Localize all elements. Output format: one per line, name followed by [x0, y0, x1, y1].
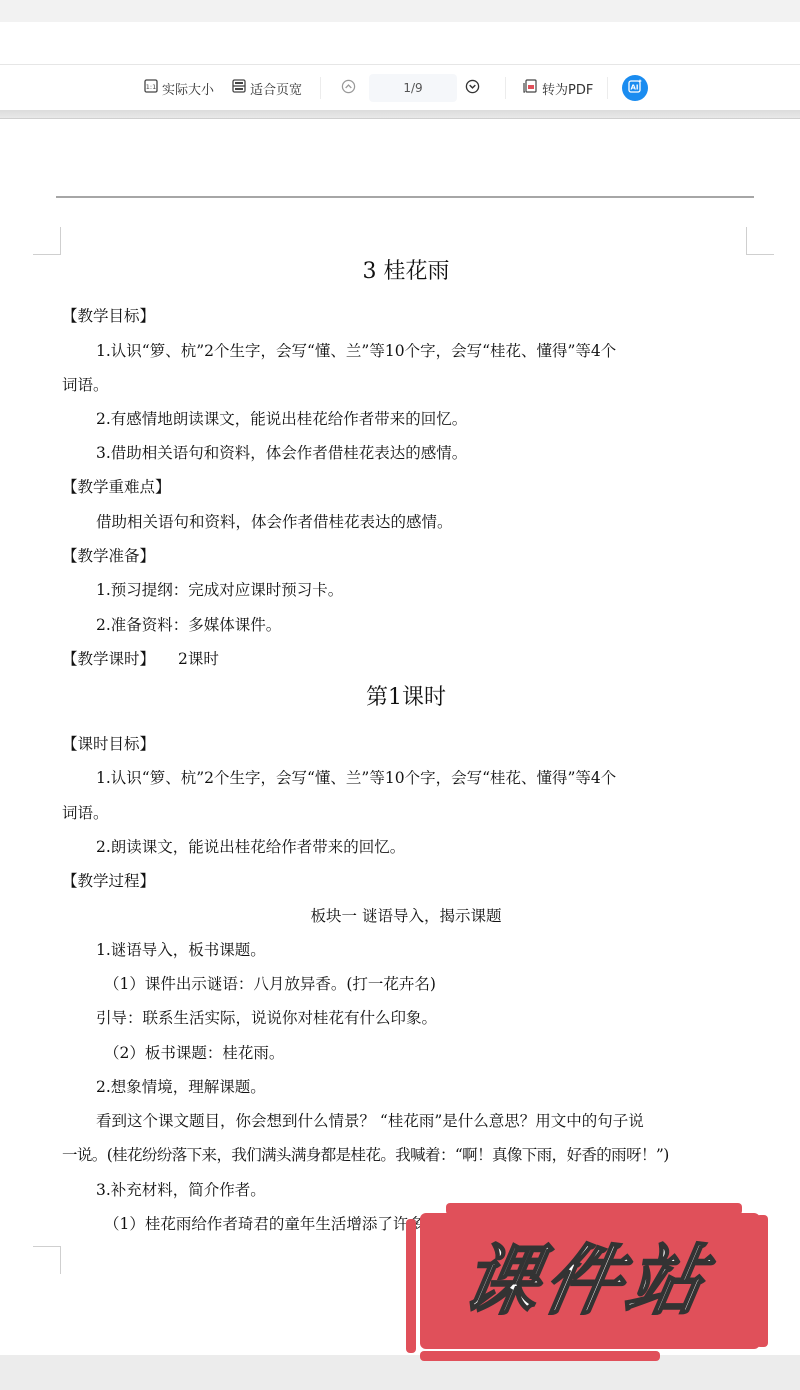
paragraph: 3.补充材料，简介作者。: [96, 1180, 266, 1200]
fit-width-icon: [232, 79, 246, 97]
paragraph: （1）课件出示谜语：八月放异香。(打一花卉名): [104, 974, 436, 994]
stamp-edge: [756, 1215, 768, 1347]
svg-text:AI: AI: [630, 84, 638, 92]
section-heading: 【教学目标】: [62, 306, 155, 326]
paragraph: 看到这个课文题目，你会想到什么情景？ “桂花雨”是什么意思？用文中的句子说: [96, 1111, 644, 1131]
section-heading: 【教学课时】: [62, 650, 155, 668]
convert-to-pdf-label: 转为PDF: [542, 79, 593, 98]
toolbar-shadow-separator: [0, 110, 800, 119]
paragraph: 词语。: [62, 375, 109, 395]
toolbar-divider: [607, 77, 608, 99]
paragraph: 引导：联系生活实际，说说你对桂花有什么印象。: [96, 1008, 437, 1028]
actual-size-label: 实际大小: [162, 79, 214, 98]
paragraph: 2.有感情地朗读课文，能说出桂花给作者带来的回忆。: [96, 409, 467, 429]
document-page: 3 桂花雨 【教学目标】 1.认识“箩、杭”2个生字，会写“懂、兰”等10个字，…: [0, 119, 800, 1355]
paragraph: 1.预习提纲：完成对应课时预习卡。: [96, 580, 343, 600]
paragraph: 2.想象情境，理解课题。: [96, 1077, 266, 1097]
paragraph: 1.认识“箩、杭”2个生字，会写“懂、兰”等10个字，会写“桂花、懂得”等4个: [96, 768, 616, 788]
ai-assistant-button[interactable]: AI: [622, 75, 648, 101]
paragraph: 1.谜语导入，板书课题。: [96, 940, 266, 960]
watermark-text: 课件站: [427, 1231, 745, 1331]
previous-page-button[interactable]: [341, 65, 356, 111]
chevron-up-circle-icon: [341, 79, 356, 98]
paragraph: 2.准备资料：多媒体课件。: [96, 615, 281, 635]
paragraph: 2.朗读课文，能说出桂花给作者带来的回忆。: [96, 837, 405, 857]
document-title: 3 桂花雨: [62, 257, 750, 287]
paragraph: （2）板书课题：桂花雨。: [104, 1043, 284, 1063]
actual-size-icon: 1:1: [144, 79, 158, 97]
convert-to-pdf-button[interactable]: 转为PDF: [522, 65, 593, 111]
section-heading: 【教学重难点】: [62, 477, 171, 497]
page-number-input[interactable]: 1/9: [369, 74, 457, 102]
block-title: 板块一 谜语导入，揭示课题: [62, 906, 750, 926]
next-page-button[interactable]: [465, 65, 480, 111]
section-heading: 【课时目标】: [62, 734, 155, 754]
teaching-hours-row: 【教学课时】 2课时: [62, 649, 219, 669]
fit-width-label: 适合页宽: [250, 79, 302, 98]
lesson-title: 第1课时: [62, 683, 750, 713]
paragraph: 3.借助相关语句和资料，体会作者借桂花表达的感情。: [96, 443, 467, 463]
watermark-stamp: 课件站: [400, 1203, 770, 1365]
window-top-strip: [0, 0, 800, 22]
title-bar: [0, 22, 800, 65]
toolbar-divider: [505, 77, 506, 99]
chevron-down-circle-icon: [465, 79, 480, 98]
fit-width-button[interactable]: 适合页宽: [232, 65, 302, 111]
paragraph: 词语。: [62, 803, 109, 823]
stamp-edge: [406, 1219, 416, 1353]
stamp-edge: [420, 1351, 660, 1361]
paragraph: 1.认识“箩、杭”2个生字，会写“懂、兰”等10个字，会写“桂花、懂得”等4个: [96, 341, 616, 361]
page-header-rule: [56, 196, 754, 198]
teaching-hours-value: 2课时: [178, 650, 219, 668]
section-heading: 【教学过程】: [62, 871, 155, 891]
actual-size-button[interactable]: 1:1 实际大小: [144, 65, 214, 111]
paragraph: 一说。(桂花纷纷落下来，我们满头满身都是桂花。我喊着：“啊！真像下雨，好香的雨呀…: [62, 1145, 669, 1165]
page-indicator: 1/9: [403, 81, 422, 95]
crop-mark-top-right: [746, 227, 774, 255]
pdf-convert-icon: [522, 78, 538, 98]
viewer-toolbar: 1:1 实际大小 适合页宽 1/9 转为PDF AI: [0, 65, 800, 111]
crop-mark-top-left: [33, 227, 61, 255]
ai-icon: AI: [627, 78, 643, 98]
paragraph: 借助相关语句和资料，体会作者借桂花表达的感情。: [96, 512, 453, 532]
svg-text:1:1: 1:1: [146, 83, 156, 91]
toolbar-divider: [320, 77, 321, 99]
section-heading: 【教学准备】: [62, 546, 155, 566]
crop-mark-bottom-left: [33, 1246, 61, 1274]
